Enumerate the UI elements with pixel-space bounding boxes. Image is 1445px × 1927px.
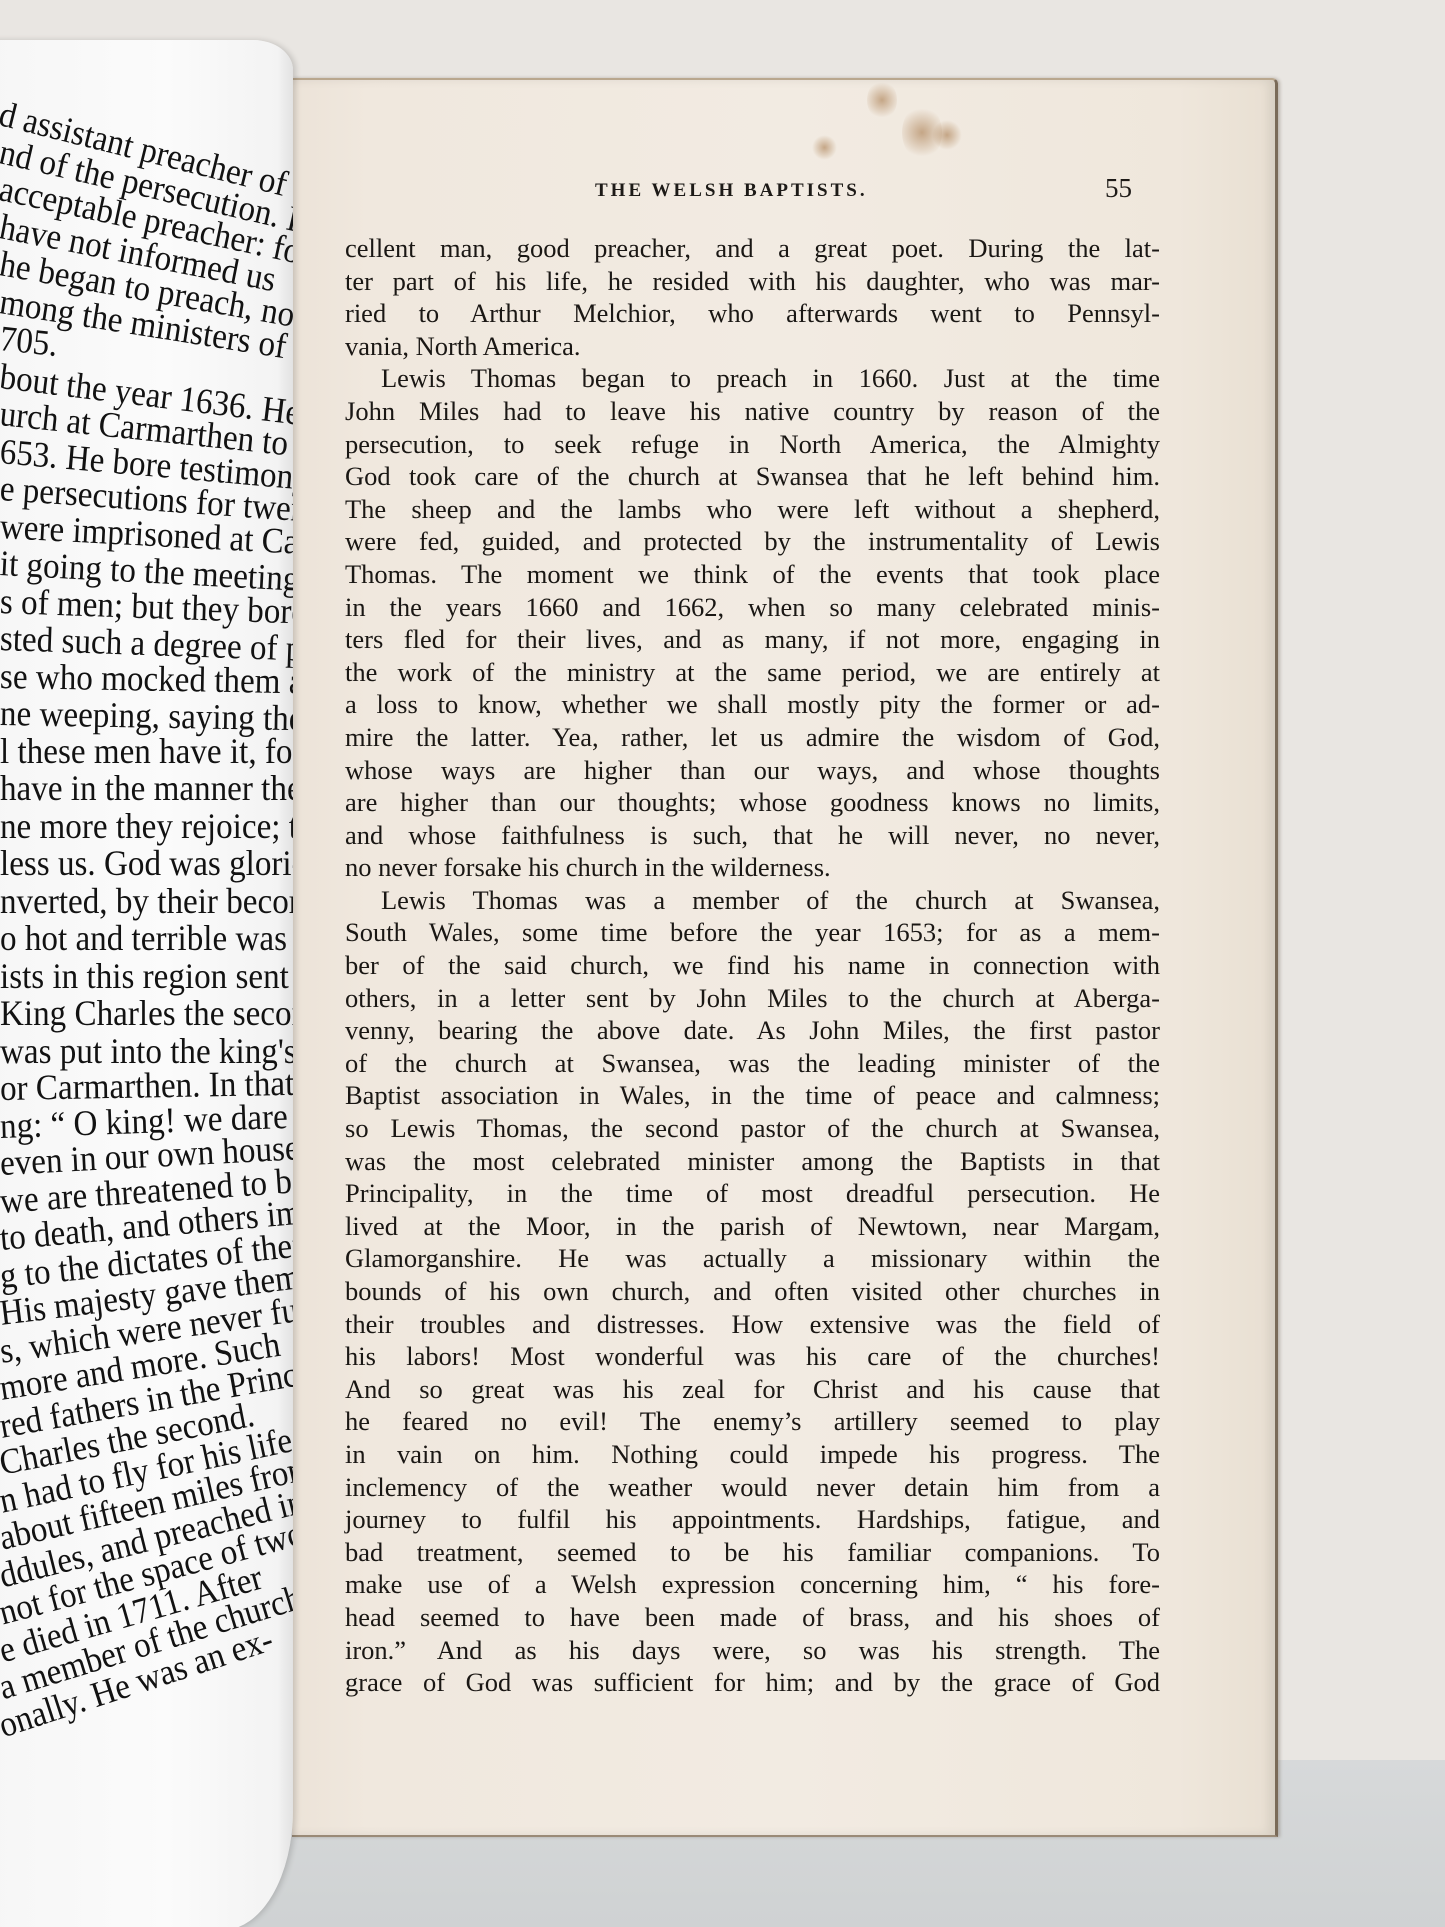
text-line: Glamorganshire. He was actually a missio… [345, 1242, 1160, 1275]
text-line: lived at the Moor, in the parish of Newt… [345, 1210, 1160, 1243]
text-line: o hot and terrible was the [0, 920, 276, 958]
left-page: d assistant preacher of thend of the per… [0, 40, 293, 1927]
text-line: of the church at Swansea, was the leadin… [345, 1047, 1160, 1080]
foxing-stain [932, 120, 962, 150]
text-line: persecution, to seek refuge in North Ame… [345, 428, 1160, 461]
text-line: John Miles had to leave his native count… [345, 395, 1160, 428]
text-line: the work of the ministry at the same per… [345, 656, 1160, 689]
text-line: and whose faithfulness is such, that he … [345, 819, 1160, 852]
text-line: journey to fulfil his appointments. Hard… [345, 1503, 1160, 1536]
text-line: Baptist association in Wales, in the tim… [345, 1079, 1160, 1112]
text-line: in vain on him. Nothing could impede his… [345, 1438, 1160, 1471]
text-line: less us. God was glori- [0, 845, 276, 883]
text-line: Principality, in the time of most dreadf… [345, 1177, 1160, 1210]
text-line: l these men have it, for [0, 733, 276, 771]
text-line: vania, North America. [345, 330, 1160, 363]
left-page-text: d assistant preacher of thend of the per… [0, 95, 293, 1745]
running-head: THE WELSH BAPTISTS. [595, 180, 868, 202]
text-line: his labors! Most wonderful was his care … [345, 1340, 1160, 1373]
text-line: cellent man, good preacher, and a great … [345, 232, 1160, 265]
text-line: Lewis Thomas began to preach in 1660. Ju… [345, 362, 1160, 395]
text-line: ter part of his life, he resided with hi… [345, 265, 1160, 298]
text-line: in the years 1660 and 1662, when so many… [345, 591, 1160, 624]
text-line: head seemed to have been made of brass, … [345, 1601, 1160, 1634]
text-line: King Charles the second [0, 995, 276, 1033]
text-line: were fed, guided, and protected by the i… [345, 525, 1160, 558]
text-line: no never forsake his church in the wilde… [345, 851, 1160, 884]
text-line: And so great was his zeal for Christ and… [345, 1373, 1160, 1406]
foxing-stain [812, 135, 837, 160]
text-line: ber of the said church, we find his name… [345, 949, 1160, 982]
text-line: others, in a letter sent by John Miles t… [345, 982, 1160, 1015]
text-line: bounds of his own church, and often visi… [345, 1275, 1160, 1308]
text-line: ters fled for their lives, and as many, … [345, 623, 1160, 656]
text-line: so Lewis Thomas, the second pastor of th… [345, 1112, 1160, 1145]
text-line: are higher than our thoughts; whose good… [345, 786, 1160, 819]
text-line: whose ways are higher than our ways, and… [345, 754, 1160, 787]
text-line: iron.” And as his days were, so was his … [345, 1634, 1160, 1667]
text-line: grace of God was sufficient for him; and… [345, 1666, 1160, 1699]
text-line: he feared no evil! The enemy’s artillery… [345, 1405, 1160, 1438]
page-number: 55 [1105, 173, 1132, 204]
text-line: South Wales, some time before the year 1… [345, 916, 1160, 949]
text-line: mire the latter. Yea, rather, let us adm… [345, 721, 1160, 754]
foxing-stain [867, 80, 897, 120]
text-line: nverted, by their becom- [0, 883, 276, 921]
text-line: their troubles and distresses. How exten… [345, 1308, 1160, 1341]
text-line: was the most celebrated minister among t… [345, 1145, 1160, 1178]
text-line: ists in this region sent a [0, 958, 276, 996]
text-line: venny, bearing the above date. As John M… [345, 1014, 1160, 1047]
text-line: a loss to know, whether we shall mostly … [345, 688, 1160, 721]
text-line: ne more they rejoice; the [0, 808, 276, 846]
text-line: have in the manner they [0, 770, 276, 808]
text-line: ried to Arthur Melchior, who afterwards … [345, 297, 1160, 330]
text-line: Lewis Thomas was a member of the church … [345, 884, 1160, 917]
text-line: God took care of the church at Swansea t… [345, 460, 1160, 493]
text-line: bad treatment, seemed to be his familiar… [345, 1536, 1160, 1569]
text-line: Thomas. The moment we think of the event… [345, 558, 1160, 591]
page-body-text: cellent man, good preacher, and a great … [345, 232, 1160, 1699]
text-line: inclemency of the weather would never de… [345, 1471, 1160, 1504]
text-line: The sheep and the lambs who were left wi… [345, 493, 1160, 526]
text-line: make use of a Welsh expression concernin… [345, 1568, 1160, 1601]
